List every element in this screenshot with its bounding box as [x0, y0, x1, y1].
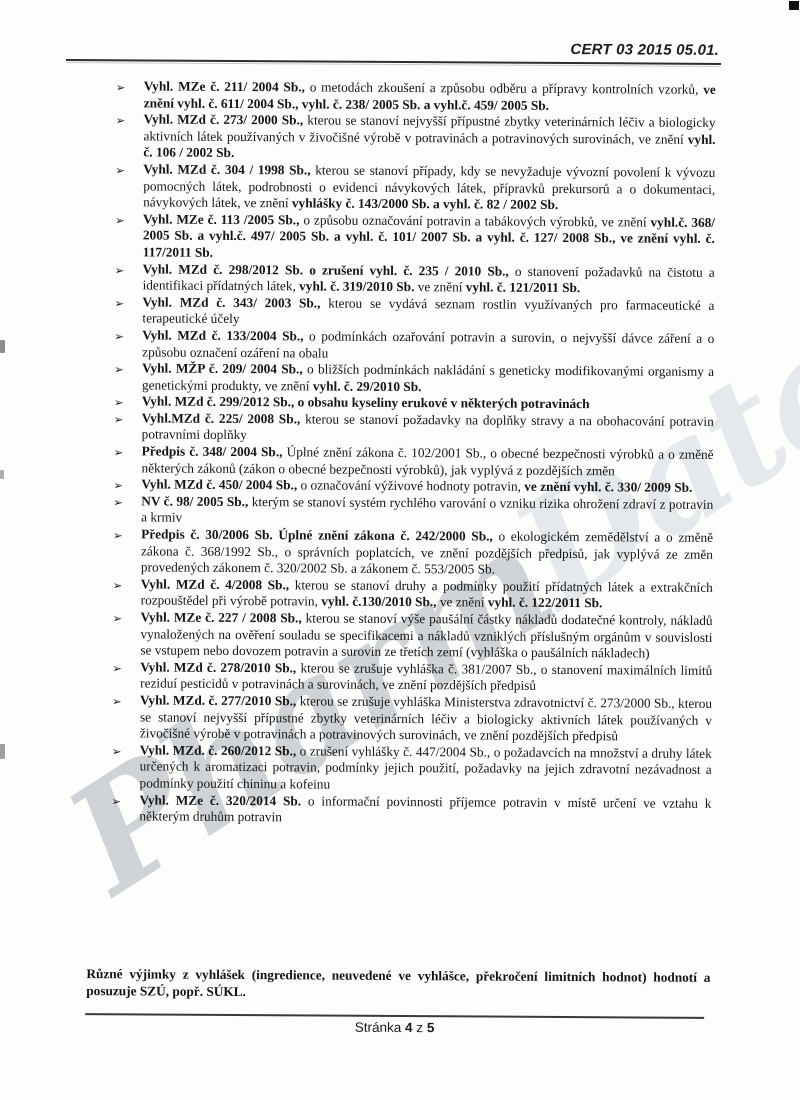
regulation-list: ➢Vyhl. MZe č. 211/ 2004 Sb., o metodách … — [110, 78, 716, 828]
list-item: ➢Vyhl. MZd č. 304 / 1998 Sb., kterou se … — [114, 161, 715, 214]
scanned-document-page: PharmData s.r.o. CERT 03 2015 05.01. ➢Vy… — [0, 0, 800, 1100]
header-rule — [66, 59, 721, 65]
arrow-bullet-icon: ➢ — [114, 411, 124, 428]
arrow-bullet-icon: ➢ — [116, 112, 126, 129]
list-item: ➢Vyhl. MZd č. 278/2010 Sb., kterou se zr… — [111, 659, 712, 696]
arrow-bullet-icon: ➢ — [113, 477, 123, 494]
arrow-bullet-icon: ➢ — [114, 295, 124, 312]
text-segment: o metodách zkoušení a způsobu odběru a p… — [310, 79, 704, 96]
list-item: ➢Vyhl.MZd č. 225/ 2008 Sb., kterou se st… — [113, 410, 714, 447]
arrow-bullet-icon: ➢ — [112, 660, 122, 677]
text-segment: Vyhl. MZd č. 299/2012 Sb., o obsahu kyse… — [142, 394, 590, 412]
text-segment: Vyhl. MZe č. 211/ 2004 Sb., — [144, 78, 310, 94]
arrow-bullet-icon: ➢ — [113, 577, 123, 594]
arrow-bullet-icon: ➢ — [112, 743, 122, 760]
arrow-bullet-icon: ➢ — [114, 328, 124, 345]
list-item: ➢NV č. 98/ 2005 Sb., kterým se stanoví s… — [112, 493, 713, 530]
list-item: ➢Vyhl. MZe č. 211/ 2004 Sb., o metodách … — [115, 78, 716, 115]
text-segment: ve znění — [440, 595, 488, 610]
text-segment: vyhl. č. 29/2010 Sb. — [313, 378, 422, 394]
text-segment: Vyhl. MZd č. 133/2004 Sb., — [142, 327, 309, 343]
arrow-bullet-icon: ➢ — [113, 610, 123, 627]
arrow-bullet-icon: ➢ — [114, 395, 124, 412]
text-segment: 4 — [405, 1020, 413, 1035]
text-segment: Předpis č. 348/ 2004 Sb., — [142, 443, 287, 459]
text-segment: Vyhl. MZd č. 278/2010 Sb., — [140, 659, 300, 675]
exceptions-note: Různé výjimky z vyhlášek (ingredience, n… — [86, 965, 710, 1003]
arrow-bullet-icon: ➢ — [114, 361, 124, 378]
arrow-bullet-icon: ➢ — [115, 212, 125, 229]
list-item: ➢Předpis č. 348/ 2004 Sb., Úplné znění z… — [112, 443, 713, 480]
text-segment: vyhl. č. 122/2011 Sb. — [488, 595, 603, 611]
text-segment: ve znění vyhl. č. 330/ 2009 Sb. — [524, 479, 692, 495]
list-item: ➢Vyhl. MZd. č. 277/2010 Sb., kterou se z… — [111, 692, 712, 745]
text-segment: z — [413, 1020, 427, 1035]
list-item: ➢Vyhl. MZe č. 113 /2005 Sb., o způsobu o… — [114, 211, 715, 264]
text-segment: Předpis č. 30/2006 Sb. Úplné znění zákon… — [141, 526, 498, 543]
arrow-bullet-icon: ➢ — [116, 79, 126, 96]
arrow-bullet-icon: ➢ — [115, 262, 125, 279]
text-segment: Vyhl. MZd č. 273/ 2000 Sb., — [144, 112, 308, 128]
list-item: ➢Předpis č. 30/2006 Sb. Úplné znění záko… — [112, 526, 713, 579]
arrow-bullet-icon: ➢ — [114, 444, 124, 461]
list-item: ➢Vyhl. MZd č. 133/2004 Sb., o podmínkách… — [113, 327, 714, 364]
scan-corner-artifact — [789, 1, 799, 10]
text-segment: o způsobu označování potravin a tabákový… — [303, 212, 650, 229]
text-segment: Vyhl. MZd č. 298/2012 Sb. o zrušení vyhl… — [143, 261, 515, 278]
text-segment: Vyhl. MZd č. 4/2008 Sb., — [141, 576, 295, 592]
text-segment: vyhl. č.130/2010 Sb., — [321, 594, 440, 610]
text-segment: vyhlášky č. 143/2000 Sb. a vyhl. č. 82 /… — [292, 195, 558, 212]
text-segment: Vyhl. MZe č. 227 / 2008 Sb., — [141, 609, 306, 625]
arrow-bullet-icon: ➢ — [112, 693, 122, 710]
text-segment: NV č. 98/ 2005 Sb., — [141, 493, 252, 509]
text-segment: Stránka — [355, 1020, 405, 1035]
list-item: ➢Vyhl. MZe č. 320/2014 Sb. o informační … — [110, 792, 711, 829]
text-segment: Vyhl. MZd. č. 277/2010 Sb., — [140, 692, 300, 708]
header-document-code: CERT 03 2015 05.01. — [3, 38, 719, 59]
list-item: ➢Vyhl. MZd č. 4/2008 Sb., kterou se stan… — [112, 576, 713, 613]
text-segment: 5 — [427, 1020, 435, 1035]
text-segment: o označování výživové hodnoty potravin, — [300, 478, 524, 494]
scan-edge-artifact — [0, 340, 5, 353]
text-segment: Vyhl. MZe č. 113 /2005 Sb., — [143, 211, 303, 227]
arrow-bullet-icon: ➢ — [113, 494, 123, 511]
text-segment: ve znění — [418, 279, 466, 294]
text-segment: Vyhl.MZd č. 225/ 2008 Sb., — [142, 410, 305, 426]
text-segment: Vyhl. MŽP č. 209/ 2004 Sb., — [142, 361, 307, 377]
list-item: ➢Vyhl. MZd. č. 260/2012 Sb., o zrušení v… — [111, 742, 712, 795]
list-item: ➢Vyhl. MZd č. 298/2012 Sb. o zrušení vyh… — [114, 261, 715, 298]
list-item: ➢Vyhl. MZe č. 227 / 2008 Sb., kterou se … — [111, 609, 712, 662]
arrow-bullet-icon: ➢ — [111, 793, 121, 810]
arrow-bullet-icon: ➢ — [115, 162, 125, 179]
list-item: ➢Vyhl. MŽP č. 209/ 2004 Sb., o bližších … — [113, 360, 714, 397]
text-segment: Vyhl. MZd č. 304 / 1998 Sb., — [143, 161, 315, 177]
arrow-bullet-icon: ➢ — [113, 527, 123, 544]
text-segment: Vyhl. MZe č. 320/2014 Sb. — [139, 792, 308, 808]
text-segment: vyhl. č. 121/2011 Sb. — [466, 280, 581, 296]
text-segment: Vyhl. MZd. č. 260/2012 Sb., — [140, 742, 300, 758]
text-segment: vyhl. č. 319/2010 Sb. — [299, 279, 418, 295]
page-number: Stránka 4 z 5 — [85, 1018, 704, 1037]
text-segment: Vyhl. MZd č. 450/ 2004 Sb., — [141, 477, 300, 493]
list-item: ➢Vyhl. MZd č. 273/ 2000 Sb., kterou se s… — [114, 111, 715, 164]
scan-edge-artifact — [0, 470, 4, 479]
scan-edge-artifact — [0, 744, 5, 759]
list-item: ➢Vyhl. MZd č. 343/ 2003 Sb., kterou se v… — [113, 294, 714, 331]
text-segment: Vyhl. MZd č. 343/ 2003 Sb., — [142, 294, 328, 310]
